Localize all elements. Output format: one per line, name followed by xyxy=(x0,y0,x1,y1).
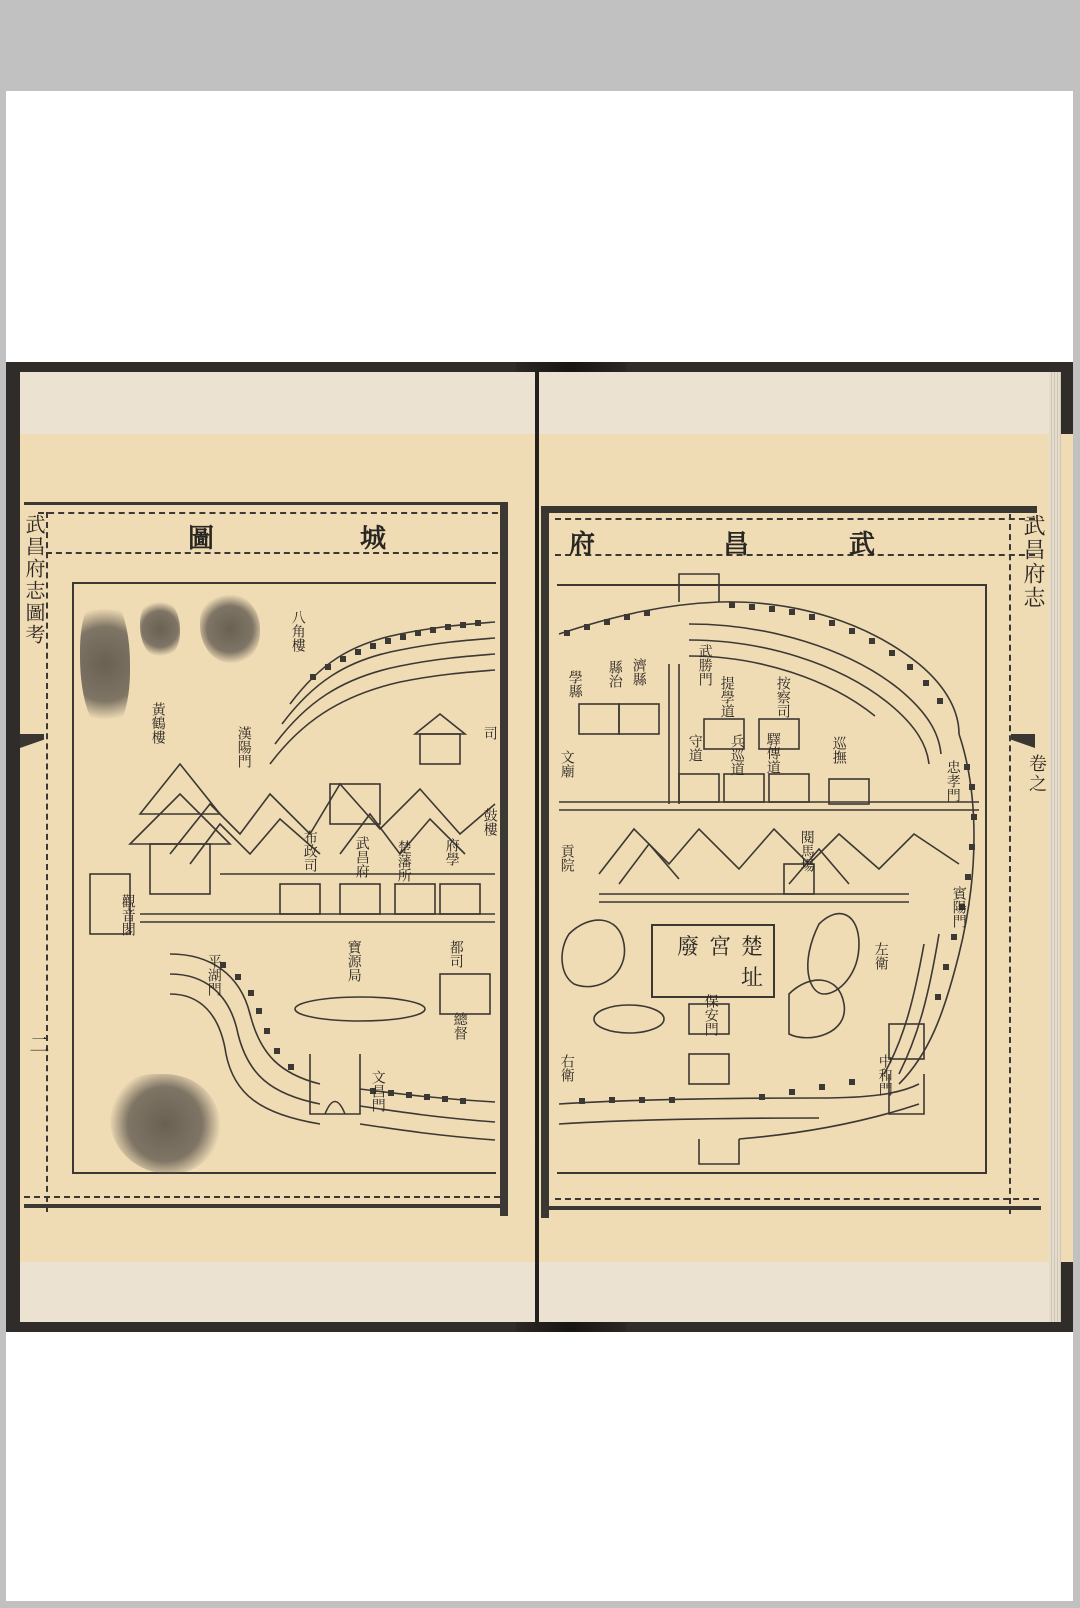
map-label-zongdu: 總督 xyxy=(452,1012,467,1040)
map-label-hanyang-gate: 漢陽門 xyxy=(236,726,251,768)
right-page-blank-bottom xyxy=(539,1262,1061,1322)
map-label-binyang-gate: 賓陽門 xyxy=(951,886,966,928)
map-label-fu-xue: 府學 xyxy=(444,838,459,866)
book-page-edges xyxy=(1049,372,1061,1322)
map-label-gulou: 鼓樓 xyxy=(482,808,497,836)
map-label-wenmiao: 文廟 xyxy=(559,750,574,778)
map-label-yuema-chang: 閱馬場 xyxy=(799,830,814,872)
map-label-wenchang-gate: 文昌門 xyxy=(370,1070,385,1112)
map-label-baoan-gate: 保安門 xyxy=(703,994,718,1036)
map-label-wuchang-fu: 武昌府 xyxy=(354,836,369,878)
map-label-xianzhi: 縣治 xyxy=(607,660,622,688)
map-label-zhongxiao-gate: 忠孝門 xyxy=(945,760,960,802)
map-label-tixue-dao: 提學道 xyxy=(719,676,734,718)
ink-smudge xyxy=(140,599,180,659)
map-label-shou-dao: 守道 xyxy=(687,734,702,762)
left-page-blank-top xyxy=(20,372,535,434)
map-label-zuowei: 左衛 xyxy=(873,942,888,970)
map-label-yellow-crane-tower: 黃鶴樓 xyxy=(150,702,165,744)
map-label-si: 司 xyxy=(482,726,497,740)
left-page-blank-bottom xyxy=(20,1262,535,1322)
map-label-ji: 濟縣 xyxy=(631,658,646,686)
map-label-bingxun-dao: 兵巡道 xyxy=(729,734,744,776)
chu-palace-ruins-box: 楚宮廢址 xyxy=(651,924,775,998)
chu-palace-ruins-label: 楚宮廢址 xyxy=(653,930,773,992)
map-label-bajiao-tower: 八角樓 xyxy=(290,610,305,652)
right-page: 府 昌 武 武昌府志 卷之 xyxy=(539,372,1061,1322)
map-label-pinghu-gate: 平湖門 xyxy=(206,954,221,996)
map-label-wusheng-gate: 武勝門 xyxy=(697,644,712,686)
map-label-buzheng-si: 布政司 xyxy=(302,830,317,872)
book-photograph: 圖 城 武昌府志圖考 二 xyxy=(6,362,1073,1332)
right-page-printed-area: 府 昌 武 武昌府志 卷之 xyxy=(539,434,1073,1262)
map-label-xue: 學縣 xyxy=(567,670,582,698)
map-label-du-si: 都司 xyxy=(448,940,463,968)
left-page-printed-area: 圖 城 武昌府志圖考 二 xyxy=(20,434,535,1262)
map-label-ancha-si: 按察司 xyxy=(775,676,790,718)
map-label-gongyuan: 貢院 xyxy=(559,844,574,872)
map-label-baoyuan-ju: 寶源局 xyxy=(346,940,361,982)
left-page: 圖 城 武昌府志圖考 二 xyxy=(20,372,535,1322)
map-label-guanyin-pavilion: 觀音閣 xyxy=(120,894,135,936)
map-label-chufan-suo: 楚藩所 xyxy=(396,840,411,882)
map-label-yichuan-dao: 驛傳道 xyxy=(765,732,780,774)
right-page-blank-top xyxy=(539,372,1061,434)
map-label-youwei: 右衛 xyxy=(559,1054,574,1082)
map-label-zhonghe-gate: 中和門 xyxy=(877,1054,892,1096)
map-label-xunfu: 巡撫 xyxy=(831,736,846,764)
